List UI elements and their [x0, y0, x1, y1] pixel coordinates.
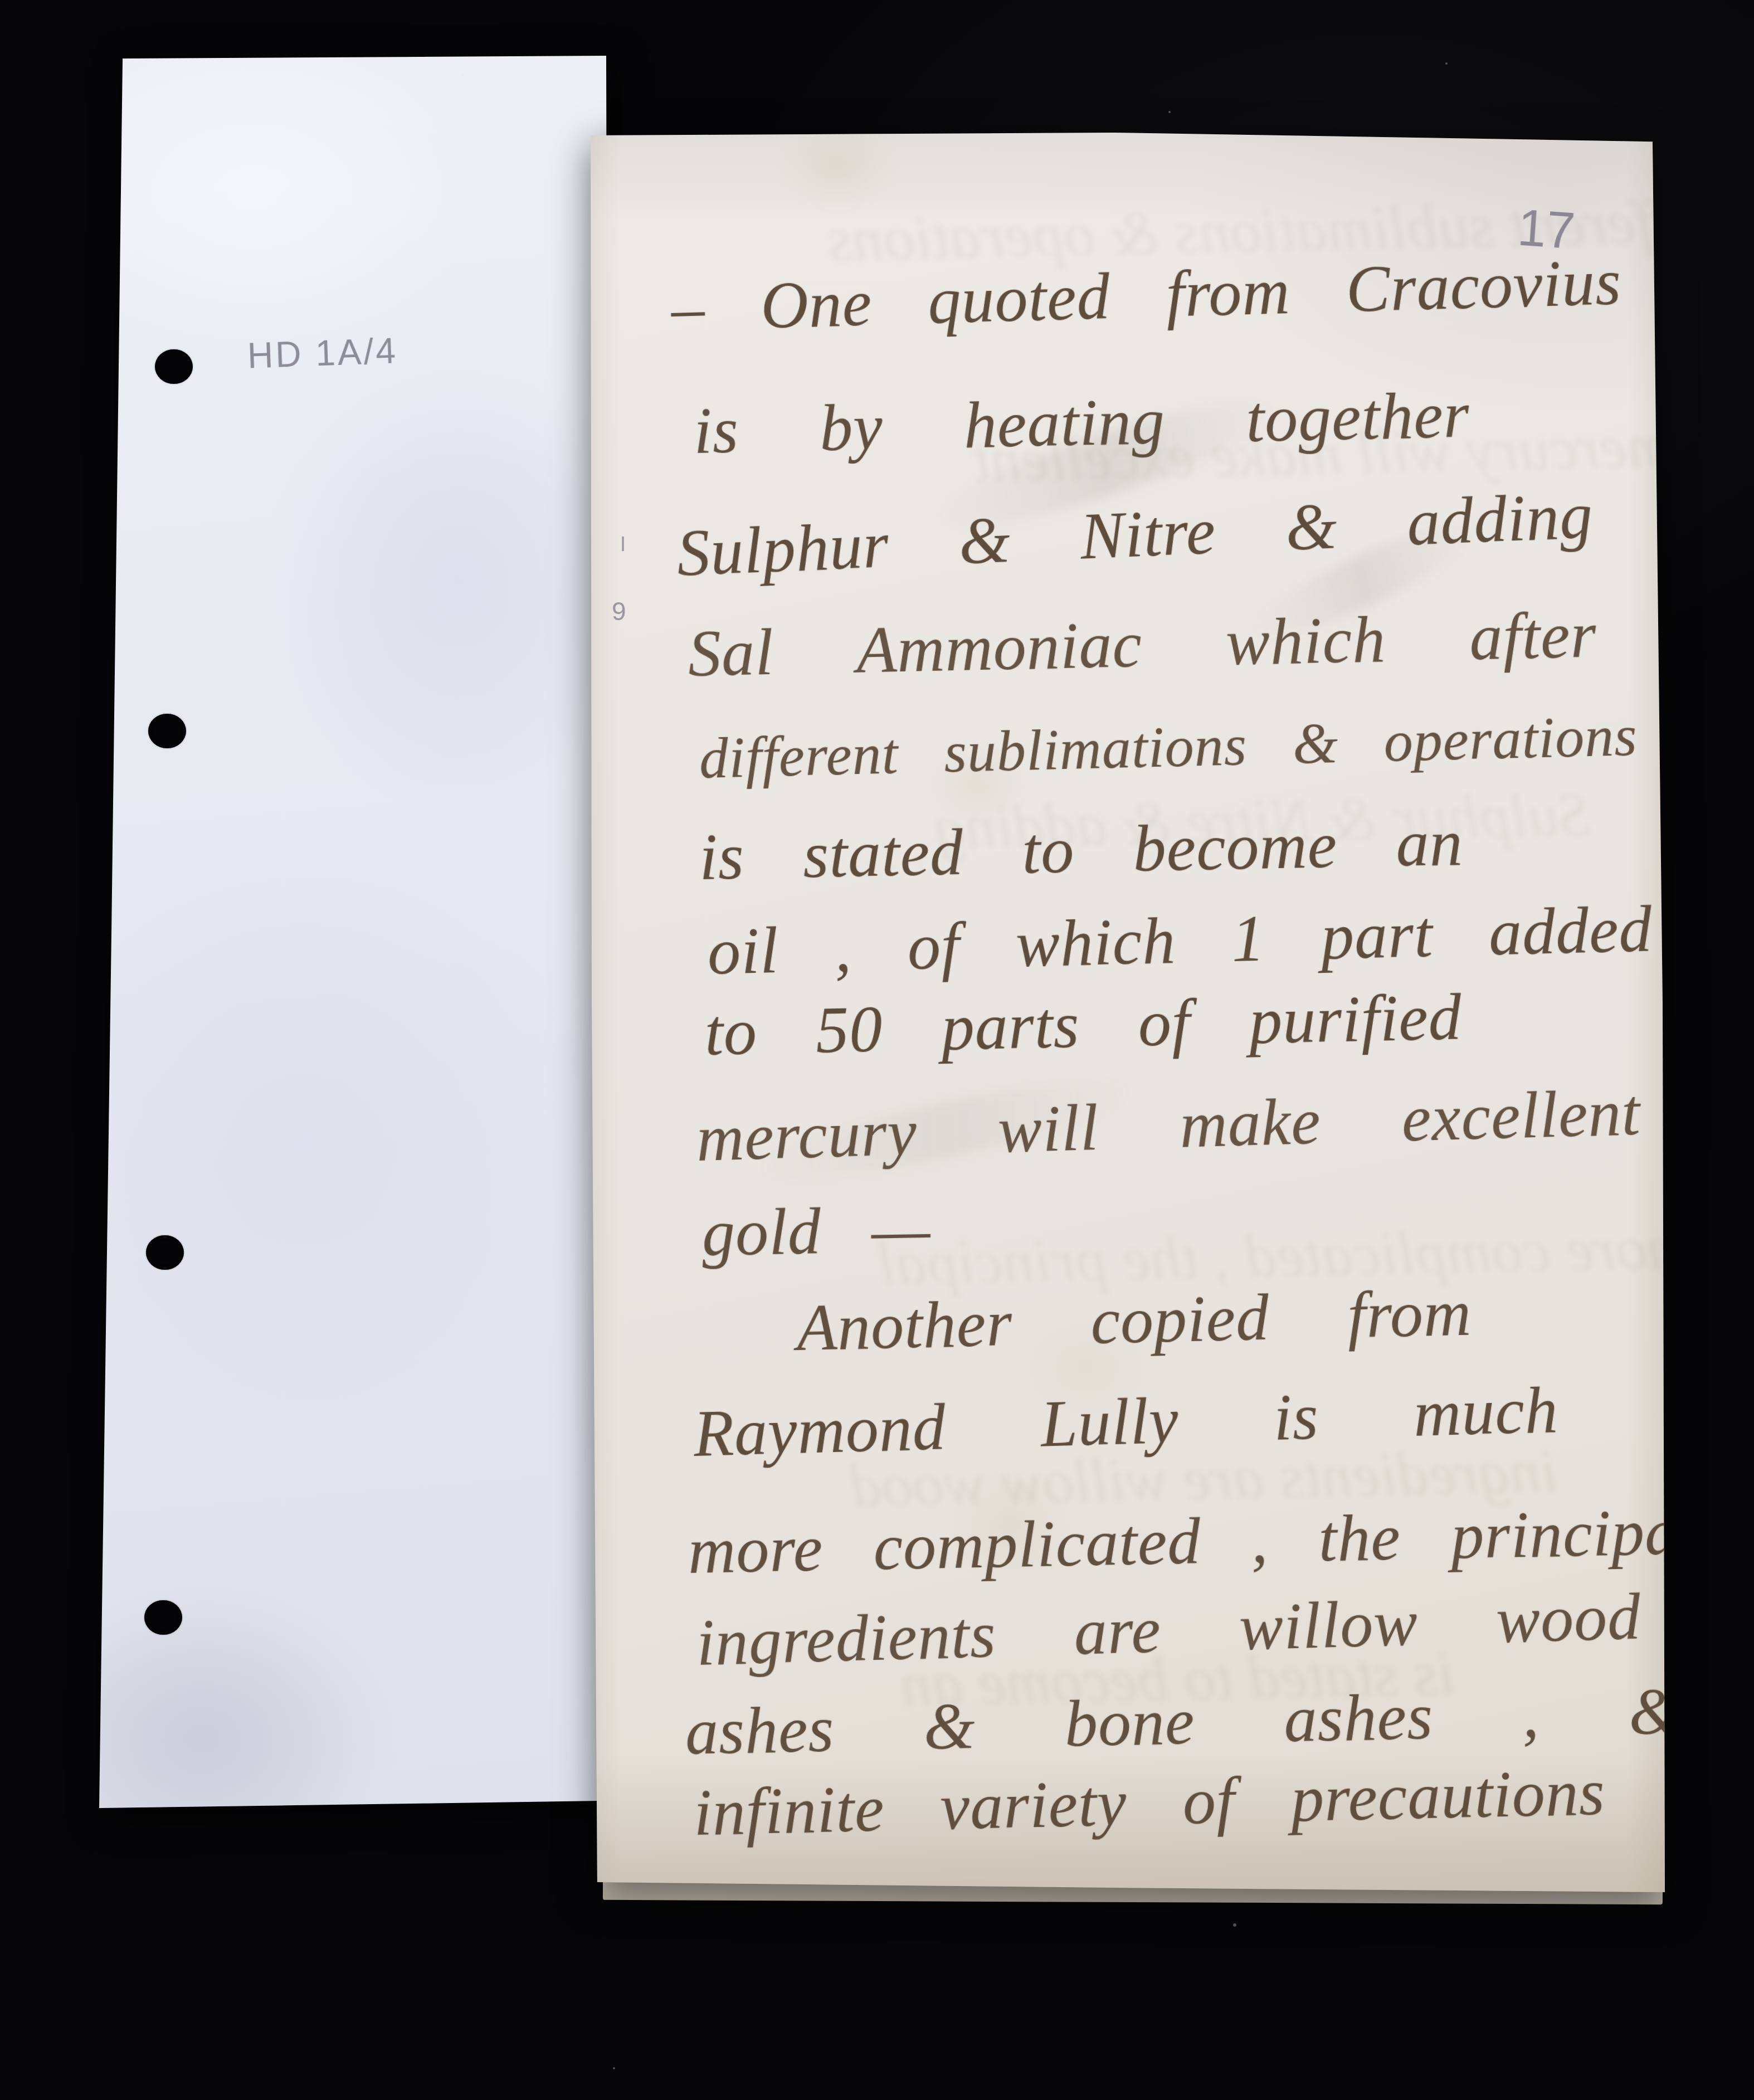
- margin-mark: I: [620, 533, 626, 556]
- handwritten-line: oil , of which 1 part added: [707, 896, 1653, 985]
- dust-speck: [613, 2067, 615, 2069]
- handwritten-line: to 50 parts of purified: [704, 985, 1463, 1066]
- dust-speck: [1168, 111, 1171, 113]
- handwritten-line: more complicated , the principal: [688, 1499, 1698, 1584]
- handwritten-line: Another copied from: [796, 1280, 1473, 1361]
- handwritten-line: is by heating together: [693, 382, 1470, 464]
- dust-speck: [1445, 62, 1448, 65]
- handwritten-line: infinite variety of precautions: [693, 1760, 1606, 1846]
- handwritten-line: mercury will make excellent: [695, 1080, 1641, 1172]
- handwritten-line: ashes & bone ashes , & an: [685, 1675, 1754, 1765]
- handwritten-line: different sublimations & operations: [699, 707, 1638, 788]
- handwritten-line: gold —: [701, 1197, 931, 1266]
- margin-mark: 9: [612, 596, 626, 626]
- handwritten-line: – One quoted from Cracovius: [670, 249, 1622, 342]
- handwritten-line: Sulphur & Nitre & adding: [676, 483, 1595, 587]
- handwritten-line: Sal Ammoniac which after: [688, 602, 1597, 687]
- dust-speck: [461, 74, 464, 76]
- handwritten-line: is stated to become an: [699, 810, 1464, 890]
- manuscript-page-wrap: 17 I 9 different sublimations & operatio…: [0, 0, 1754, 2100]
- handwritten-line: ingredients are willow wood: [695, 1584, 1641, 1676]
- photo-background: HD 1A/4 17 I 9 different sublimations & …: [0, 0, 1754, 2100]
- manuscript-page: 17 I 9 different sublimations & operatio…: [588, 133, 1669, 1896]
- dust-speck: [320, 1792, 323, 1794]
- dust-speck: [1233, 1923, 1236, 1927]
